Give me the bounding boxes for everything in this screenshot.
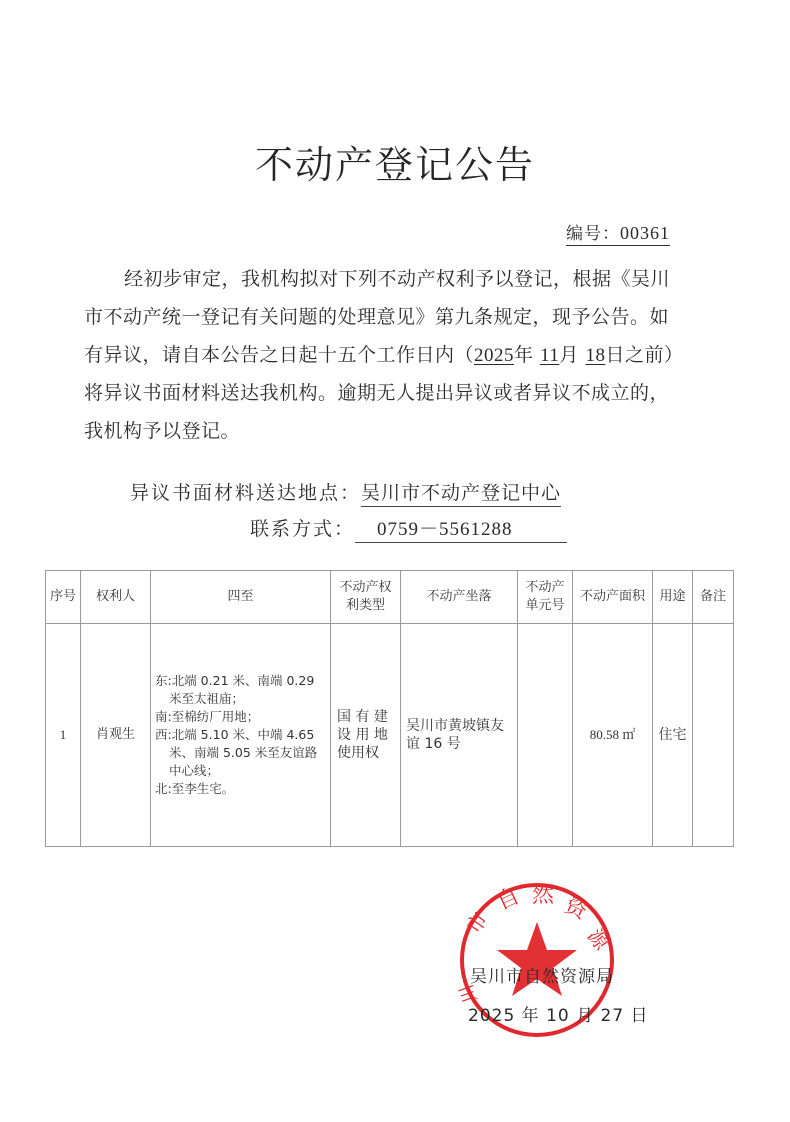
boundary-east-cont: 米至太祖庙； <box>155 690 326 708</box>
year-char: 年 <box>514 344 534 366</box>
table-header-row: 序号 权利人 四至 不动产权利类型 不动产坐落 不动产单元号 不动产面积 用途 … <box>46 571 734 624</box>
body-line-1: 经初步审定，我机构拟对下列不动产权利予以登记，根据《吴川 <box>124 260 670 298</box>
cell-usage: 住宅 <box>653 624 693 847</box>
document-number: 编号：00361 <box>566 219 670 246</box>
document-number-label: 编号： <box>566 224 620 244</box>
boundary-west: 西:北端 5.10 米、中端 4.65 <box>155 726 326 744</box>
delivery-address-value: 吴川市不动产登记中心 <box>361 478 561 507</box>
cell-right-type: 国 有 建 设 用 地 使用权 <box>331 624 401 847</box>
cell-boundaries: 东:北端 0.21 米、南端 0.29 米至太祖庙； 南:至棉纺厂用地； 西:北… <box>151 624 331 847</box>
header-unit-no: 不动产单元号 <box>518 571 573 624</box>
body-line-3-prefix: 有异议，请自本公告之日起十五个工作日内（ <box>84 344 474 366</box>
body-line-3-suffix: 日之前） <box>605 344 683 366</box>
issuer-name: 吴川市自然资源局 <box>470 962 614 987</box>
deadline-day: 18 <box>585 345 605 366</box>
deadline-year: 2025 <box>474 345 514 366</box>
cell-seq: 1 <box>46 624 81 847</box>
table-row: 1 肖观生 东:北端 0.21 米、南端 0.29 米至太祖庙； 南:至棉纺厂用… <box>46 624 734 847</box>
header-right-type-line2: 利类型 <box>333 597 398 615</box>
svg-text:资: 资 <box>560 893 591 925</box>
cell-remarks <box>693 624 734 847</box>
delivery-address-label: 异议书面材料送达地点： <box>130 482 361 504</box>
location-line1: 吴川市黄坡镇友 <box>406 717 515 735</box>
header-location: 不动产坐落 <box>401 571 518 624</box>
header-holder: 权利人 <box>81 571 151 624</box>
header-seq: 序号 <box>46 571 81 624</box>
boundary-north: 北:至李生宅。 <box>155 780 326 798</box>
location-line2: 谊 16 号 <box>406 735 515 753</box>
body-line-2: 市不动产统一登记有关问题的处理意见》第九条规定，现予公告。如 <box>84 298 669 336</box>
header-right-type: 不动产权利类型 <box>331 571 401 624</box>
header-boundaries: 四至 <box>151 571 331 624</box>
header-usage: 用途 <box>653 571 693 624</box>
cell-location: 吴川市黄坡镇友 谊 16 号 <box>401 624 518 847</box>
cell-area: 80.58 ㎡ <box>573 624 653 847</box>
deadline-month: 11 <box>540 345 559 366</box>
issue-date: 2025 年 10 月 27 日 <box>468 1001 649 1026</box>
boundary-west-cont: 米、南端 5.05 米至友谊路 <box>155 744 326 762</box>
cell-unit-no <box>518 624 573 847</box>
header-remarks: 备注 <box>693 571 734 624</box>
delivery-address-row: 异议书面材料送达地点：吴川市不动产登记中心 <box>130 478 561 507</box>
body-line-5: 我机构予以登记。 <box>84 412 240 450</box>
month-char: 月 <box>559 344 579 366</box>
page-title: 不动产登记公告 <box>0 134 790 189</box>
header-area: 不动产面积 <box>573 571 653 624</box>
contact-value: 0759－5561288 <box>355 514 567 543</box>
header-unit-no-line2: 单元号 <box>520 597 570 615</box>
right-type-line3: 使用权 <box>337 744 398 762</box>
boundary-east: 东:北端 0.21 米、南端 0.29 <box>155 672 326 690</box>
header-unit-no-line1: 不动产 <box>520 579 570 597</box>
header-right-type-line1: 不动产权 <box>333 579 398 597</box>
boundary-west-cont2: 中心线； <box>155 762 326 780</box>
boundary-south: 南:至棉纺厂用地； <box>155 708 326 726</box>
contact-row: 联系方式：0759－5561288 <box>250 514 567 543</box>
cell-holder: 肖观生 <box>81 624 151 847</box>
svg-text:然: 然 <box>532 883 555 908</box>
right-type-line1: 国 有 建 <box>337 708 398 726</box>
document-number-value: 00361 <box>620 223 670 243</box>
contact-label: 联系方式： <box>250 518 355 540</box>
body-line-3: 有异议，请自本公告之日起十五个工作日内（2025年 11月 18日之前） <box>84 336 683 375</box>
body-line-4: 将异议书面材料送达我机构。逾期无人提出异议或者异议不成立的， <box>84 374 669 412</box>
right-type-line2: 设 用 地 <box>337 726 398 744</box>
registration-table: 序号 权利人 四至 不动产权利类型 不动产坐落 不动产单元号 不动产面积 用途 … <box>45 570 734 847</box>
